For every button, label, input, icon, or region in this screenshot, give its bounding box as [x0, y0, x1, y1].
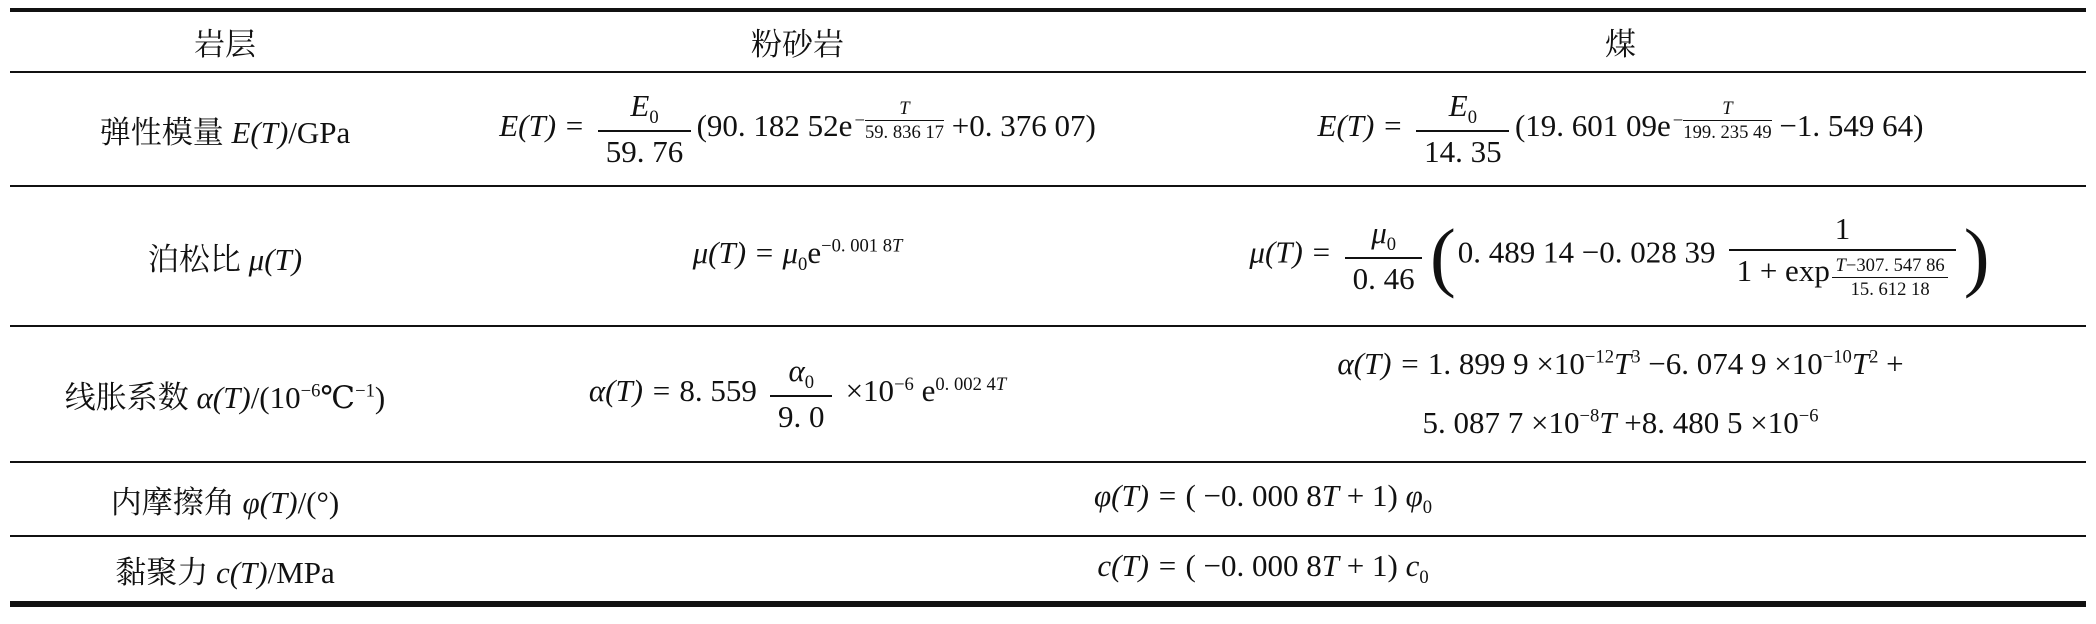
tail: −1. 549 64) — [1772, 108, 1924, 143]
term-1: 1. 899 9 ×10 — [1428, 346, 1585, 381]
inner-numerator: 1 — [1729, 211, 1956, 251]
header-coal-label: 煤 — [1605, 27, 1636, 62]
label-cn: 弹性模量 — [100, 115, 232, 150]
label-cn: 泊松比 — [148, 242, 249, 277]
term-2-var: T — [1852, 346, 1869, 381]
label-math: φ(T) — [243, 485, 298, 520]
label-unit-2: ℃ — [320, 380, 355, 415]
term-3: 5. 087 7 ×10 — [1422, 405, 1579, 440]
row-poisson-ratio: 泊松比 μ(T) μ(T) = μ0e−0. 001 8T μ(T) = μ00… — [10, 186, 2086, 326]
paper-table-page: 岩层 粉砂岩 煤 弹性模量 E(T)/GPa E(T) = E059. 76(9… — [0, 0, 2096, 624]
label-cohesion: 黏聚力 c(T)/MPa — [10, 536, 440, 604]
terms: 0. 489 14 −0. 028 39 — [1458, 235, 1723, 270]
exp-coef: −0. 001 8 — [821, 236, 892, 257]
formula-friction-angle: φ(T) = ( −0. 000 8T + 1) φ0 — [440, 462, 2086, 536]
sub-0: 0 — [1468, 107, 1477, 128]
var-alpha0: α — [788, 353, 804, 388]
term-3-var: T — [1599, 405, 1616, 440]
term-2: −6. 074 9 ×10 — [1641, 346, 1823, 381]
label-poisson-ratio: 泊松比 μ(T) — [10, 186, 440, 326]
label-math: μ(T) — [249, 242, 302, 277]
formula-elastic-siltstone: E(T) = E059. 76(90. 182 52e−T59. 836 17 … — [440, 72, 1155, 186]
var-mu0: μ — [782, 235, 798, 270]
lhs: μ(T) = — [693, 235, 783, 270]
body-2: + 1) — [1339, 478, 1406, 513]
fraction-denominator: 14. 35 — [1416, 132, 1509, 170]
label-sup-1: −6 — [301, 380, 321, 401]
exp-fraction: T−307. 547 8615. 612 18 — [1832, 255, 1949, 301]
exp-num: T−307. 547 86 — [1832, 255, 1949, 278]
exp-var: T — [996, 374, 1006, 395]
label-math: E(T) — [231, 115, 288, 150]
fraction-numerator: E0 — [1416, 88, 1509, 133]
lhs: E(T) = — [499, 108, 592, 143]
formula-poisson-siltstone: μ(T) = μ0e−0. 001 8T — [440, 186, 1155, 326]
exponent: −T59. 836 17 — [854, 98, 944, 144]
fraction: μ00. 46 — [1345, 215, 1423, 297]
label-friction-angle: 内摩擦角 φ(T)/(°) — [10, 462, 440, 536]
lhs: c(T) = — [1097, 548, 1185, 583]
body-1: ( −0. 000 8 — [1185, 478, 1321, 513]
fraction-denominator: 9. 0 — [770, 397, 832, 435]
lhs: μ(T) = — [1249, 235, 1339, 270]
label-unit-3: ) — [375, 380, 385, 415]
header-row: 岩层 粉砂岩 煤 — [10, 10, 2086, 72]
formula-elastic-coal: E(T) = E014. 35(19. 601 09e−T199. 235 49… — [1155, 72, 2086, 186]
exp-den: 15. 612 18 — [1832, 278, 1949, 300]
exp-coef: 0. 002 4 — [935, 374, 995, 395]
var-mu0: μ — [1371, 215, 1387, 250]
label-sup-2: −1 — [355, 380, 375, 401]
lhs: φ(T) = — [1094, 478, 1185, 513]
exp-den: 199. 235 49 — [1683, 121, 1771, 143]
times-exp: −6 — [894, 374, 914, 395]
term-1-pow: 3 — [1631, 347, 1640, 368]
body-1: ( −0. 000 8 — [1185, 548, 1321, 583]
lhs: α(T) = — [1337, 346, 1428, 381]
body-2: + 1) — [1339, 548, 1406, 583]
label-cn: 内摩擦角 — [111, 485, 243, 520]
label-unit-1: /(10 — [251, 380, 301, 415]
sub-0: 0 — [649, 107, 658, 128]
fraction: E059. 76 — [598, 88, 691, 170]
header-coal: 煤 — [1155, 10, 2086, 72]
label-elastic-modulus: 弹性模量 E(T)/GPa — [10, 72, 440, 186]
fraction-denominator: 0. 46 — [1345, 259, 1423, 297]
sub-0: 0 — [805, 372, 814, 393]
exponent: −T199. 235 49 — [1673, 98, 1772, 144]
exp-den: 59. 836 17 — [865, 121, 944, 143]
header-rock-layer-label: 岩层 — [194, 27, 256, 62]
exp-fraction: T199. 235 49 — [1683, 98, 1771, 144]
times-ten: ×10 — [838, 373, 894, 408]
label-unit: /MPa — [268, 555, 335, 590]
sub-0: 0 — [1387, 234, 1396, 255]
header-siltstone: 粉砂岩 — [440, 10, 1155, 72]
exp-num: T — [1683, 98, 1771, 121]
exp-sign: − — [854, 110, 865, 132]
label-unit: /(°) — [298, 485, 340, 520]
label-unit: /GPa — [288, 115, 350, 150]
sub-0: 0 — [1419, 568, 1428, 589]
var-c0: c — [1406, 548, 1420, 583]
exp-var: T — [1836, 255, 1846, 276]
var-E0: E — [630, 88, 649, 123]
label-cn: 线胀系数 — [65, 380, 197, 415]
label-math: c(T) — [216, 555, 268, 590]
fraction-numerator: μ0 — [1345, 215, 1423, 260]
fraction: E014. 35 — [1416, 88, 1509, 170]
inner-den-text: 1 + exp — [1737, 253, 1830, 288]
label-cn: 黏聚力 — [115, 555, 216, 590]
term-1-exp: −12 — [1585, 347, 1614, 368]
body: (90. 182 52e — [697, 108, 853, 143]
exp-fraction: T59. 836 17 — [865, 98, 944, 144]
e-base: e — [807, 235, 821, 270]
tail: +0. 376 07) — [944, 108, 1096, 143]
var-phi0: φ — [1406, 478, 1423, 513]
exp-sign: − — [1673, 110, 1684, 132]
term-2-exp: −10 — [1823, 347, 1852, 368]
var-T: T — [1322, 478, 1339, 513]
exponent: 0. 002 4T — [935, 374, 1006, 395]
term-4-exp: −6 — [1799, 406, 1819, 427]
var-E0: E — [1449, 88, 1468, 123]
label-math: α(T) — [197, 380, 251, 415]
fraction: α09. 0 — [770, 353, 832, 435]
inner-denominator: 1 + expT−307. 547 8615. 612 18 — [1729, 251, 1956, 301]
row-thermal-expansion: 线胀系数 α(T)/(10−6℃−1) α(T) = 8. 559 α09. 0… — [10, 326, 2086, 462]
inner-fraction: 11 + expT−307. 547 8615. 612 18 — [1729, 211, 1956, 300]
formula-cohesion: c(T) = ( −0. 000 8T + 1) c0 — [440, 536, 2086, 604]
term-3-exp: −8 — [1579, 406, 1599, 427]
label-thermal-expansion: 线胀系数 α(T)/(10−6℃−1) — [10, 326, 440, 462]
plus-sign: + — [1878, 346, 1903, 381]
formula-poisson-coal: μ(T) = μ00. 46(0. 489 14 −0. 028 39 11 +… — [1155, 186, 2086, 326]
sub-0: 0 — [798, 255, 807, 276]
row-elastic-modulus: 弹性模量 E(T)/GPa E(T) = E059. 76(90. 182 52… — [10, 72, 2086, 186]
exp-num-const: −307. 547 86 — [1846, 255, 1945, 276]
formula-thermal-siltstone: α(T) = 8. 559 α09. 0 ×10−6 e0. 002 4T — [440, 326, 1155, 462]
row-cohesion: 黏聚力 c(T)/MPa c(T) = ( −0. 000 8T + 1) c0 — [10, 536, 2086, 604]
formula-line-1: α(T) = 1. 899 9 ×10−12T3 −6. 074 9 ×10−1… — [1155, 335, 2086, 394]
formula-thermal-coal: α(T) = 1. 899 9 ×10−12T3 −6. 074 9 ×10−1… — [1155, 326, 2086, 462]
term-4: +8. 480 5 ×10 — [1617, 405, 1799, 440]
term-1-var: T — [1614, 346, 1631, 381]
var-T: T — [1322, 548, 1339, 583]
header-rock-layer: 岩层 — [10, 10, 440, 72]
fraction-numerator: α0 — [770, 353, 832, 398]
exponent: −0. 001 8T — [821, 236, 902, 257]
exp-num: T — [865, 98, 944, 121]
lhs: α(T) = — [589, 373, 680, 408]
lhs: E(T) = — [1318, 108, 1411, 143]
formula-line-2: 5. 087 7 ×10−8T +8. 480 5 ×10−6 — [1155, 394, 2086, 453]
material-property-formula-table: 岩层 粉砂岩 煤 弹性模量 E(T)/GPa E(T) = E059. 76(9… — [10, 8, 2086, 607]
coef: 8. 559 — [679, 373, 764, 408]
fraction-denominator: 59. 76 — [598, 132, 691, 170]
term-2-pow: 2 — [1869, 347, 1878, 368]
body: (19. 601 09e — [1515, 108, 1671, 143]
header-siltstone-label: 粉砂岩 — [751, 27, 844, 62]
e-base: e — [914, 373, 936, 408]
exp-var: T — [892, 236, 902, 257]
sub-0: 0 — [1423, 498, 1432, 519]
fraction-numerator: E0 — [598, 88, 691, 133]
row-friction-angle: 内摩擦角 φ(T)/(°) φ(T) = ( −0. 000 8T + 1) φ… — [10, 462, 2086, 536]
exp-fraction-block: T−307. 547 8615. 612 18 — [1832, 255, 1949, 301]
